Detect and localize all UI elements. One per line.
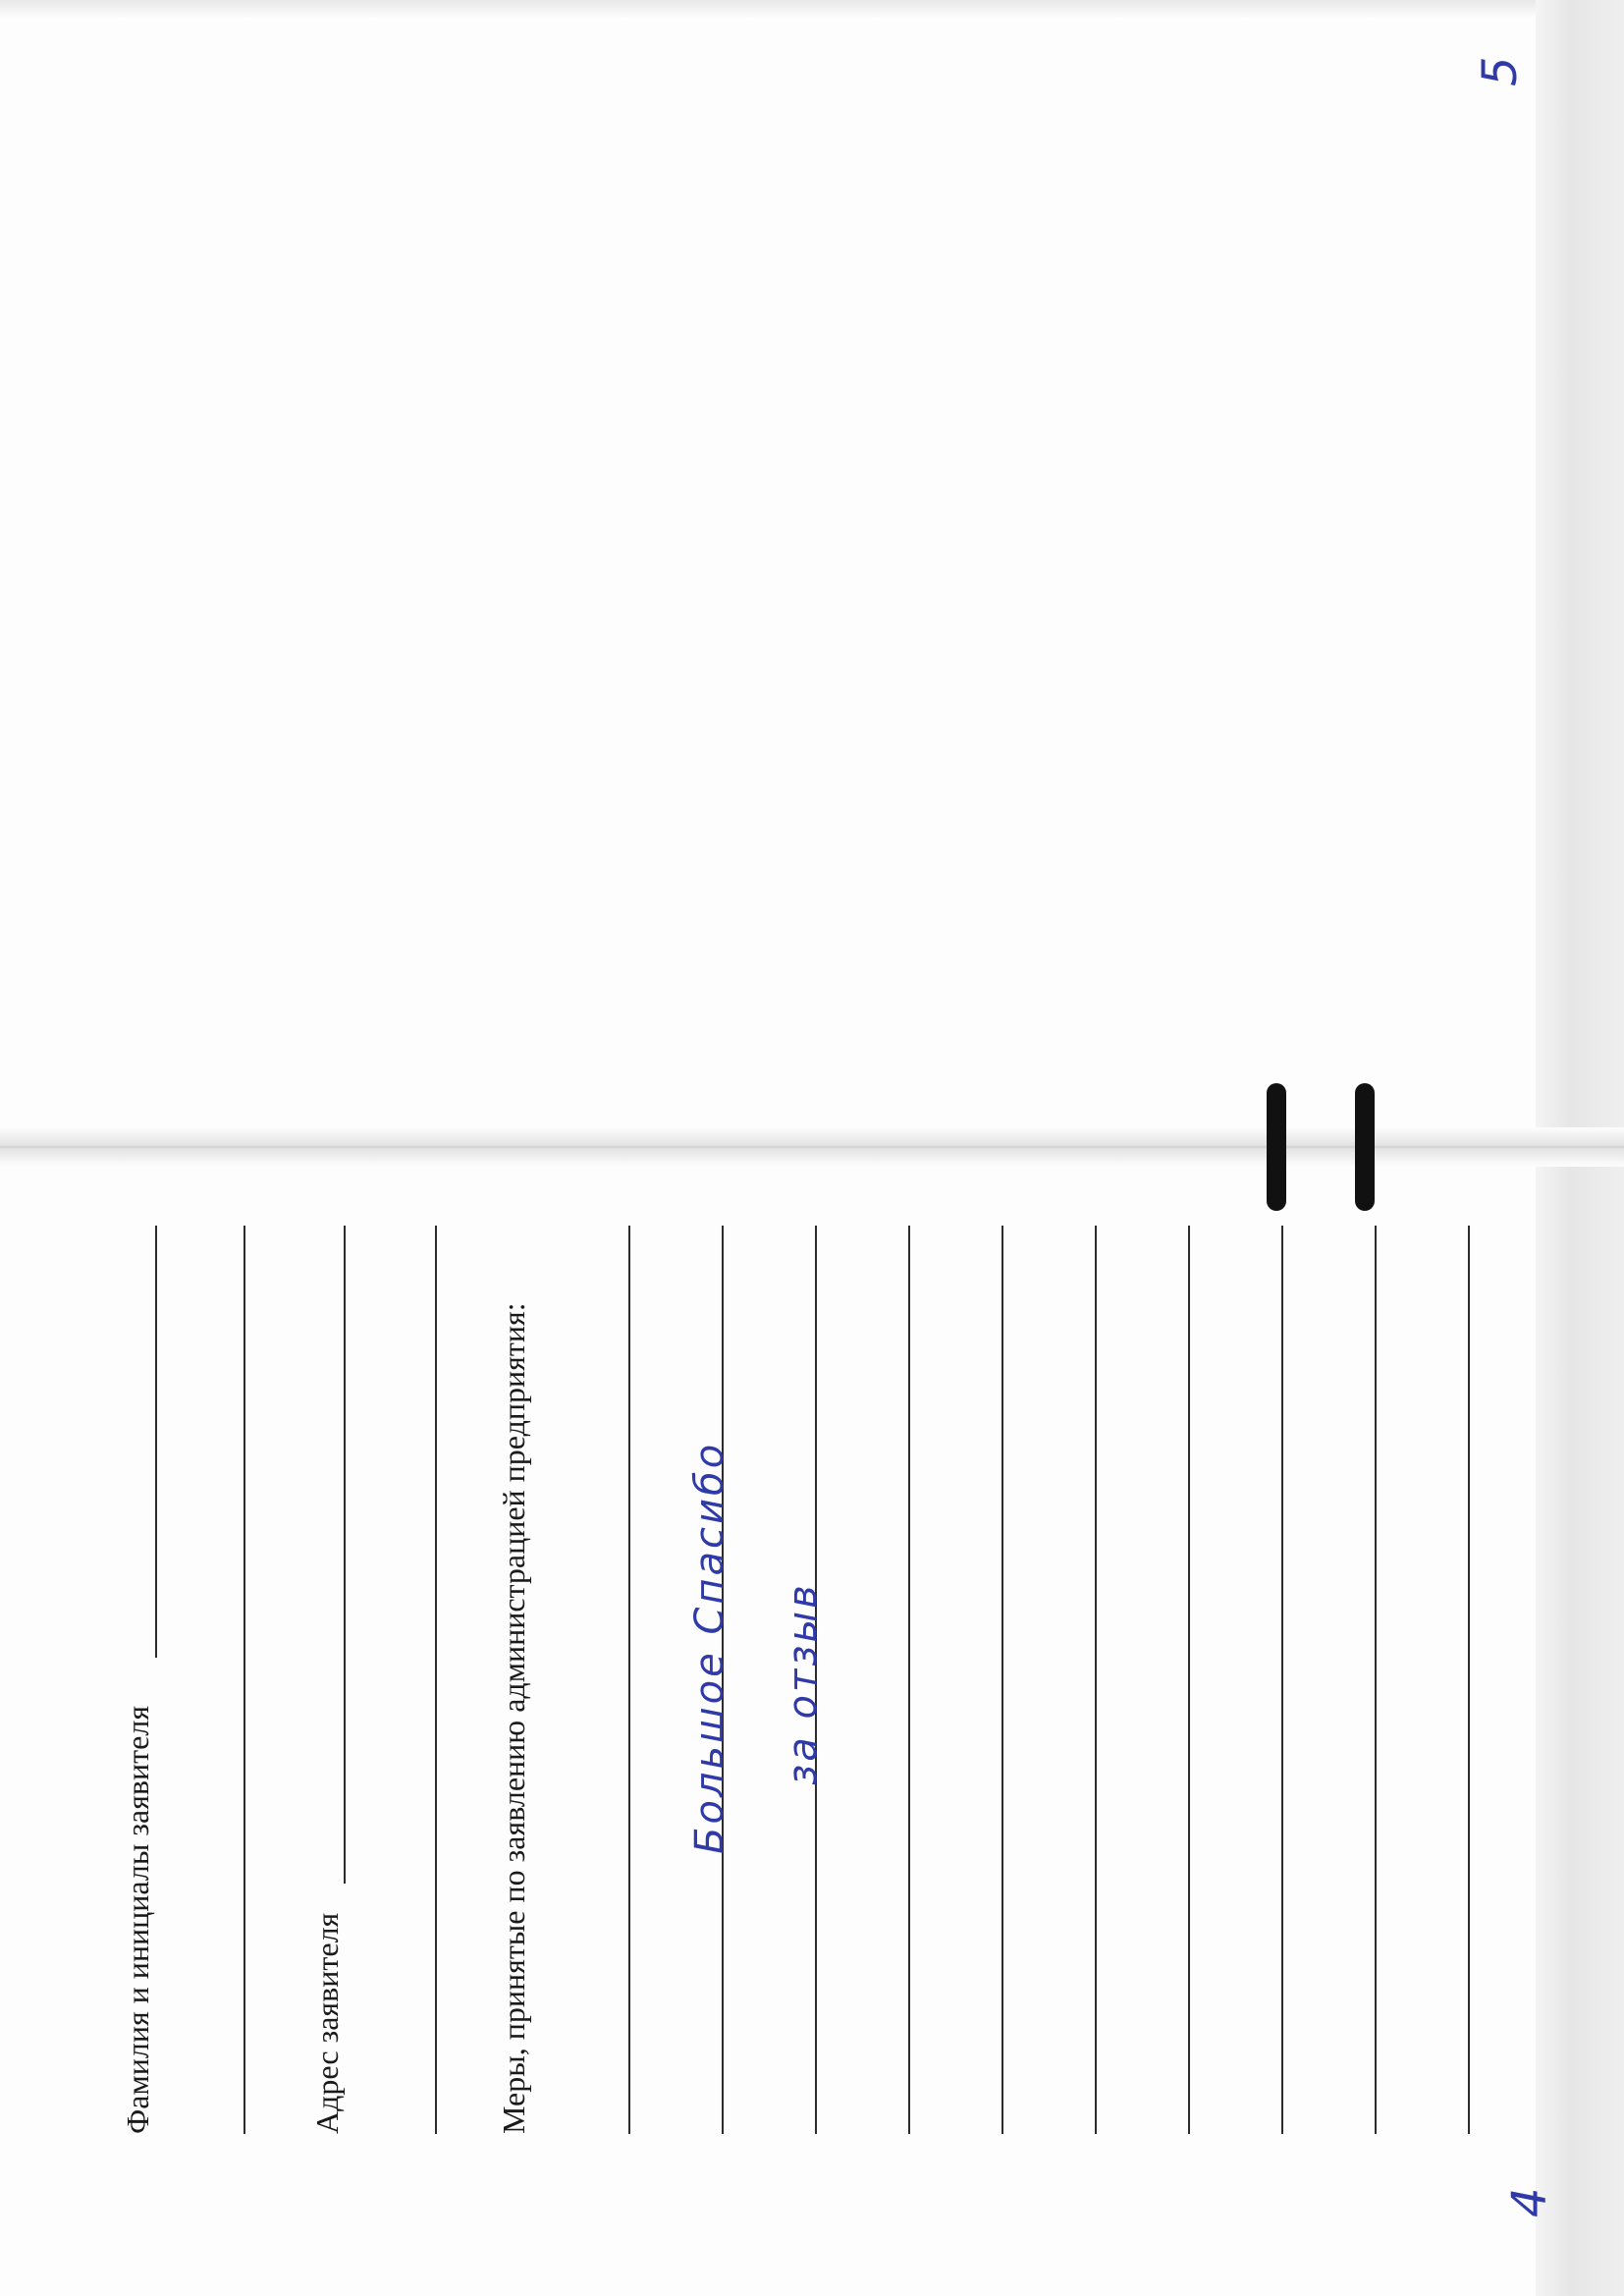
ruled-line [1375,1226,1377,2134]
ruled-line [1281,1226,1283,2134]
page-number-left: 4 [1502,2187,1557,2217]
ruled-line [628,1226,630,2134]
ruled-line [435,1226,437,2134]
ruled-line [1001,1226,1003,2134]
applicant-address-line [344,1226,346,1884]
ruled-line [1095,1226,1097,2134]
ruled-line [908,1226,910,2134]
ruled-line [244,1226,245,2134]
measures-handwritten-line-2: за отзыв [781,1582,826,1785]
book-spine [0,1127,1624,1167]
page-number-right: 5 [1473,56,1528,86]
measures-label: Меры, принятые по заявлению администраци… [496,1302,531,2134]
right-page: 5 [0,0,1624,1127]
left-page: 4 Фамилия и инициалы заявителя Адрес зая… [0,1167,1624,2296]
ruled-line [1188,1226,1190,2134]
measures-handwritten-line-1: Большое Спасибо [687,1442,732,1854]
applicant-name-label: Фамилия и инициалы заявителя [120,1706,155,2134]
scanned-document: 4 Фамилия и инициалы заявителя Адрес зая… [0,0,1624,2296]
applicant-name-line [155,1226,157,1658]
ruled-line [1468,1226,1470,2134]
book-spread: 4 Фамилия и инициалы заявителя Адрес зая… [0,0,1624,2296]
applicant-address-label: Адрес заявителя [309,1913,345,2134]
